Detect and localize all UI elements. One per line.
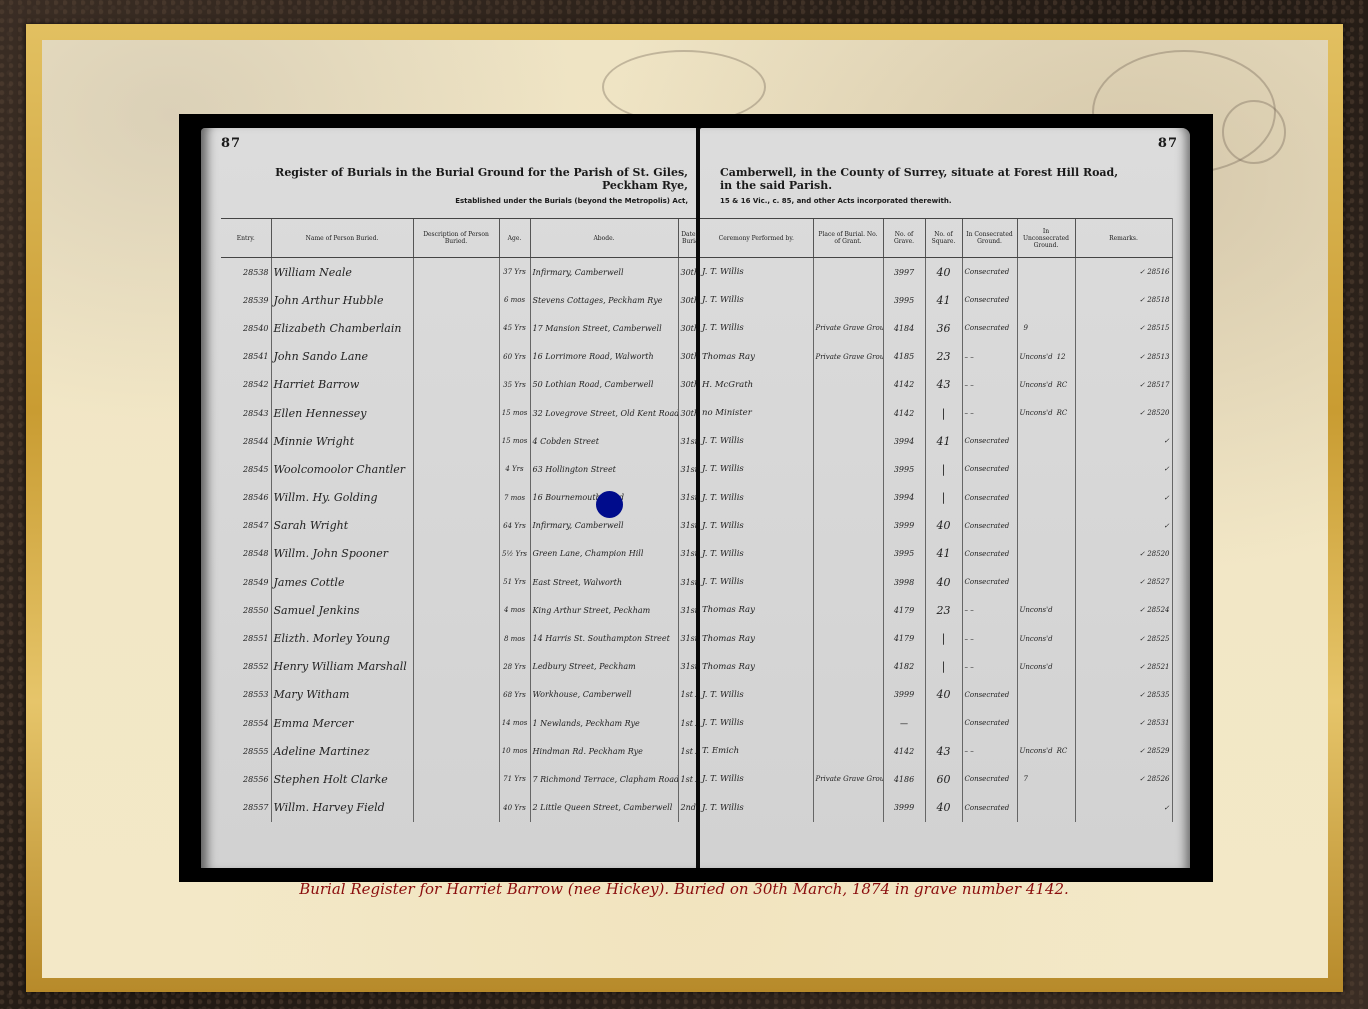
cell-ceremony: J. T. Willis — [700, 709, 813, 737]
cell-ceremony: J. T. Willis — [700, 455, 813, 483]
cell-entry: 28538 — [221, 258, 271, 287]
column-header: In Consecrated Ground. — [962, 219, 1017, 258]
cell-name: John Sando Lane — [271, 343, 413, 371]
cell-square: 40 — [925, 681, 962, 709]
cell-age: 40 Yrs — [499, 794, 530, 822]
cell-unconsecrated — [1017, 540, 1075, 568]
cell-consecrated: – – — [962, 343, 1017, 371]
cell-consecrated: Consecrated — [962, 681, 1017, 709]
cell-ceremony: no Minister — [700, 399, 813, 427]
cell-remarks: ✓ 28520 — [1075, 540, 1172, 568]
cell-age: 8 mos — [499, 624, 530, 652]
page-number-right: 87 — [1158, 136, 1178, 151]
unconsecrated-text: Uncons'd — [1020, 747, 1053, 755]
cell-grant — [813, 709, 883, 737]
title-line: in the said Parish. — [720, 179, 1160, 192]
cell-abode: 32 Lovegrove Street, Old Kent Road — [530, 399, 678, 427]
cell-unconsecrated — [1017, 681, 1075, 709]
denomination-note: RC — [1057, 747, 1068, 755]
cell-remarks: ✓ — [1075, 427, 1172, 455]
cell-name: Woolcomoolor Chantler — [271, 455, 413, 483]
cell-square: 40 — [925, 512, 962, 540]
table-row: J. T. Willis399840Consecrated✓ 28527 — [700, 568, 1172, 596]
cell-remarks: ✓ 28518 — [1075, 286, 1172, 314]
cell-square: 43 — [925, 737, 962, 765]
cell-square: 23 — [925, 343, 962, 371]
cell-consecrated: Consecrated — [962, 286, 1017, 314]
cell-square: | — [925, 484, 962, 512]
cell-remarks: ✓ 28531 — [1075, 709, 1172, 737]
column-header: No. of Grave. — [883, 219, 925, 258]
table-row: J. T. Willis399541Consecrated✓ 28518 — [700, 286, 1172, 314]
cell-description — [413, 540, 499, 568]
cell-unconsecrated — [1017, 258, 1075, 287]
unconsecrated-text: Uncons'd — [1020, 606, 1053, 614]
cell-description — [413, 737, 499, 765]
highlight-marker-dot — [596, 491, 623, 518]
cell-square: 40 — [925, 258, 962, 287]
cell-description — [413, 765, 499, 793]
table-row: 28538William Neale37 YrsInfirmary, Cambe… — [221, 258, 706, 287]
cell-description — [413, 596, 499, 624]
cell-grave: 4186 — [883, 765, 925, 793]
cell-description — [413, 624, 499, 652]
denomination-note: 9 — [1024, 324, 1028, 332]
table-row: 28539John Arthur Hubble6 mosStevens Cott… — [221, 286, 706, 314]
cell-unconsecrated — [1017, 568, 1075, 596]
table-row: 28555Adeline Martinez10 mosHindman Rd. P… — [221, 737, 706, 765]
cell-grant — [813, 737, 883, 765]
subtitle: Established under the Burials (beyond th… — [248, 195, 688, 208]
cell-unconsecrated — [1017, 427, 1075, 455]
cell-grave: 3994 — [883, 484, 925, 512]
register-title-right: Camberwell, in the County of Surrey, sit… — [720, 166, 1160, 208]
cell-grant — [813, 681, 883, 709]
cell-unconsecrated: Uncons'd — [1017, 653, 1075, 681]
cell-abode: 17 Mansion Street, Camberwell — [530, 314, 678, 342]
cell-grave: 4142 — [883, 737, 925, 765]
cell-name: Henry William Marshall — [271, 653, 413, 681]
cell-ceremony: Thomas Ray — [700, 596, 813, 624]
table-row: 28553Mary Witham68 YrsWorkhouse, Camberw… — [221, 681, 706, 709]
cell-remarks: ✓ 28515 — [1075, 314, 1172, 342]
cell-consecrated: – – — [962, 399, 1017, 427]
cell-entry: 28557 — [221, 794, 271, 822]
cell-ceremony: J. T. Willis — [700, 427, 813, 455]
cell-grave: 4142 — [883, 371, 925, 399]
table-row: J. T. Willis3995|Consecrated✓ — [700, 455, 1172, 483]
cell-abode: King Arthur Street, Peckham — [530, 596, 678, 624]
table-row: J. T. Willis399740Consecrated✓ 28516 — [700, 258, 1172, 287]
table-row: 28544Minnie Wright15 mos4 Cobden Street3… — [221, 427, 706, 455]
cell-square: 40 — [925, 794, 962, 822]
table-row: 28557Willm. Harvey Field40 Yrs2 Little Q… — [221, 794, 706, 822]
title-line: Camberwell, in the County of Surrey, sit… — [720, 166, 1160, 179]
cell-unconsecrated: Uncons'd — [1017, 624, 1075, 652]
cell-consecrated: Consecrated — [962, 709, 1017, 737]
cell-description — [413, 343, 499, 371]
decorative-swirl — [1222, 100, 1286, 164]
cell-unconsecrated — [1017, 455, 1075, 483]
cell-consecrated: Consecrated — [962, 258, 1017, 287]
cell-grave: 4182 — [883, 653, 925, 681]
cell-consecrated: Consecrated — [962, 512, 1017, 540]
cell-age: 35 Yrs — [499, 371, 530, 399]
cell-name: Elizth. Morley Young — [271, 624, 413, 652]
cell-grant — [813, 596, 883, 624]
cell-age: 15 mos — [499, 427, 530, 455]
cell-square: | — [925, 399, 962, 427]
cell-ceremony: J. T. Willis — [700, 512, 813, 540]
cell-grant — [813, 427, 883, 455]
cell-grant — [813, 286, 883, 314]
cell-name: Samuel Jenkins — [271, 596, 413, 624]
cell-grant — [813, 484, 883, 512]
cell-unconsecrated: Uncons'd12 — [1017, 343, 1075, 371]
cell-name: Emma Mercer — [271, 709, 413, 737]
cell-age: 4 Yrs — [499, 455, 530, 483]
cell-description — [413, 455, 499, 483]
cell-remarks: ✓ 28524 — [1075, 596, 1172, 624]
cell-grant — [813, 540, 883, 568]
cell-ceremony: H. McGrath — [700, 371, 813, 399]
table-row: 28548Willm. John Spooner5½ YrsGreen Lane… — [221, 540, 706, 568]
cell-remarks: ✓ — [1075, 794, 1172, 822]
denomination-note: RC — [1057, 409, 1068, 417]
cell-abode: East Street, Walworth — [530, 568, 678, 596]
cell-description — [413, 512, 499, 540]
cell-remarks: ✓ 28535 — [1075, 681, 1172, 709]
cell-grave: 4184 — [883, 314, 925, 342]
cell-ceremony: Thomas Ray — [700, 624, 813, 652]
cell-name: Minnie Wright — [271, 427, 413, 455]
table-row: 28540Elizabeth Chamberlain45 Yrs17 Mansi… — [221, 314, 706, 342]
cell-consecrated: Consecrated — [962, 765, 1017, 793]
cell-consecrated: – – — [962, 596, 1017, 624]
cell-entry: 28555 — [221, 737, 271, 765]
cell-description — [413, 653, 499, 681]
cell-name: James Cottle — [271, 568, 413, 596]
cell-unconsecrated: 9 — [1017, 314, 1075, 342]
cell-entry: 28550 — [221, 596, 271, 624]
table-row: 28551Elizth. Morley Young8 mos14 Harris … — [221, 624, 706, 652]
cell-consecrated: Consecrated — [962, 484, 1017, 512]
register-photo: 87 Register of Burials in the Burial Gro… — [179, 114, 1213, 882]
cell-square: 41 — [925, 427, 962, 455]
cell-unconsecrated — [1017, 512, 1075, 540]
cell-unconsecrated: Uncons'd — [1017, 596, 1075, 624]
register-table-right: Ceremony Performed by.Place of Burial. N… — [700, 218, 1173, 822]
column-header: Name of Person Buried. — [271, 219, 413, 258]
subtitle: 15 & 16 Vic., c. 85, and other Acts inco… — [720, 195, 1160, 208]
cell-entry: 28553 — [221, 681, 271, 709]
table-row: 28550Samuel Jenkins4 mosKing Arthur Stre… — [221, 596, 706, 624]
cell-grave: 3995 — [883, 540, 925, 568]
cell-remarks: ✓ — [1075, 484, 1172, 512]
cell-grave: 3999 — [883, 794, 925, 822]
cell-grant: Private Grave Ground 13 — [813, 343, 883, 371]
cell-remarks: ✓ 28526 — [1075, 765, 1172, 793]
cell-square: | — [925, 624, 962, 652]
cell-abode: 2 Little Queen Street, Camberwell — [530, 794, 678, 822]
cell-entry: 28546 — [221, 484, 271, 512]
column-header: Remarks. — [1075, 219, 1172, 258]
cell-grave: 4179 — [883, 624, 925, 652]
table-row: 28549James Cottle51 YrsEast Street, Walw… — [221, 568, 706, 596]
cell-age: 51 Yrs — [499, 568, 530, 596]
cell-square: 36 — [925, 314, 962, 342]
table-row: 28556Stephen Holt Clarke71 Yrs7 Richmond… — [221, 765, 706, 793]
table-row: J. T. Willis399541Consecrated✓ 28520 — [700, 540, 1172, 568]
cell-unconsecrated — [1017, 286, 1075, 314]
cell-entry: 28543 — [221, 399, 271, 427]
title-line: Register of Burials in the Burial Ground… — [248, 166, 688, 179]
cell-abode: 7 Richmond Terrace, Clapham Road — [530, 765, 678, 793]
cell-age: 4 mos — [499, 596, 530, 624]
table-row: J. T. Willis3994|Consecrated✓ — [700, 484, 1172, 512]
cell-remarks: ✓ — [1075, 455, 1172, 483]
cell-abode: 63 Hollington Street — [530, 455, 678, 483]
cell-entry: 28540 — [221, 314, 271, 342]
cell-square: 40 — [925, 568, 962, 596]
cell-grave: 3997 — [883, 258, 925, 287]
cell-grant — [813, 399, 883, 427]
table-row: J. T. WillisPrivate Grave Ground 1341843… — [700, 314, 1172, 342]
cell-name: Stephen Holt Clarke — [271, 765, 413, 793]
cell-age: 60 Yrs — [499, 343, 530, 371]
denomination-note: 7 — [1024, 775, 1028, 783]
table-row: 28541John Sando Lane60 Yrs16 Lorrimore R… — [221, 343, 706, 371]
cell-consecrated: Consecrated — [962, 568, 1017, 596]
cell-grave: 3995 — [883, 455, 925, 483]
cell-grave: 3999 — [883, 512, 925, 540]
cell-grave: 3995 — [883, 286, 925, 314]
column-header: Description of Person Buried. — [413, 219, 499, 258]
cell-consecrated: Consecrated — [962, 540, 1017, 568]
cell-ceremony: T. Emich — [700, 737, 813, 765]
cell-age: 6 mos — [499, 286, 530, 314]
table-row: H. McGrath414243– –Uncons'dRC✓ 28517 — [700, 371, 1172, 399]
cell-grant — [813, 512, 883, 540]
cell-age: 15 mos — [499, 399, 530, 427]
cell-remarks: ✓ 28529 — [1075, 737, 1172, 765]
cell-remarks: ✓ 28520 — [1075, 399, 1172, 427]
cell-grant — [813, 794, 883, 822]
unconsecrated-text: Uncons'd — [1020, 663, 1053, 671]
column-header: Abode. — [530, 219, 678, 258]
cell-name: William Neale — [271, 258, 413, 287]
cell-ceremony: J. T. Willis — [700, 314, 813, 342]
cell-square: | — [925, 455, 962, 483]
cell-ceremony: J. T. Willis — [700, 681, 813, 709]
cell-consecrated: – – — [962, 371, 1017, 399]
cell-abode: Infirmary, Camberwell — [530, 258, 678, 287]
cell-description — [413, 258, 499, 287]
cell-description — [413, 371, 499, 399]
page-number-left: 87 — [221, 136, 241, 151]
cell-grave: — — [883, 709, 925, 737]
cell-abode: Stevens Cottages, Peckham Rye — [530, 286, 678, 314]
cell-description — [413, 794, 499, 822]
cell-name: Sarah Wright — [271, 512, 413, 540]
cell-abode: 50 Lothian Road, Camberwell — [530, 371, 678, 399]
cell-remarks: ✓ 28513 — [1075, 343, 1172, 371]
title-line: Peckham Rye, — [248, 179, 688, 192]
cell-square — [925, 709, 962, 737]
table-row: J. T. WillisPrivate Grave Ground A418660… — [700, 765, 1172, 793]
column-header: Entry. — [221, 219, 271, 258]
table-row: Thomas RayPrivate Grave Ground 13418523–… — [700, 343, 1172, 371]
cell-unconsecrated — [1017, 709, 1075, 737]
cell-grant — [813, 624, 883, 652]
table-row: 28543Ellen Hennessey15 mos32 Lovegrove S… — [221, 399, 706, 427]
cell-age: 37 Yrs — [499, 258, 530, 287]
cell-entry: 28541 — [221, 343, 271, 371]
cell-description — [413, 709, 499, 737]
table-row: T. Emich414243– –Uncons'dRC✓ 28529 — [700, 737, 1172, 765]
cell-consecrated: – – — [962, 737, 1017, 765]
cell-unconsecrated: 7 — [1017, 765, 1075, 793]
table-row: no Minister4142|– –Uncons'dRC✓ 28520 — [700, 399, 1172, 427]
column-header: Place of Burial. No. of Grant. — [813, 219, 883, 258]
cell-remarks: ✓ 28516 — [1075, 258, 1172, 287]
cell-consecrated: Consecrated — [962, 314, 1017, 342]
table-row: Thomas Ray417923– –Uncons'd✓ 28524 — [700, 596, 1172, 624]
cell-abode: Ledbury Street, Peckham — [530, 653, 678, 681]
cell-square: 23 — [925, 596, 962, 624]
cell-abode: Workhouse, Camberwell — [530, 681, 678, 709]
cell-entry: 28552 — [221, 653, 271, 681]
cell-entry: 28547 — [221, 512, 271, 540]
unconsecrated-text: Uncons'd — [1020, 409, 1053, 417]
table-row: 28542Harriet Barrow35 Yrs50 Lothian Road… — [221, 371, 706, 399]
cell-description — [413, 427, 499, 455]
cell-entry: 28554 — [221, 709, 271, 737]
cell-ceremony: J. T. Willis — [700, 484, 813, 512]
caption: Burial Register for Harriet Barrow (nee … — [0, 880, 1368, 898]
cell-name: Willm. Harvey Field — [271, 794, 413, 822]
cell-description — [413, 399, 499, 427]
cell-age: 28 Yrs — [499, 653, 530, 681]
unconsecrated-text: Uncons'd — [1020, 635, 1053, 643]
cell-name: Adeline Martinez — [271, 737, 413, 765]
cell-remarks: ✓ 28527 — [1075, 568, 1172, 596]
denomination-note: RC — [1057, 381, 1068, 389]
cell-unconsecrated: Uncons'dRC — [1017, 737, 1075, 765]
cell-square: 60 — [925, 765, 962, 793]
cell-grant — [813, 653, 883, 681]
cell-grave: 3994 — [883, 427, 925, 455]
cell-ceremony: J. T. Willis — [700, 765, 813, 793]
cell-age: 71 Yrs — [499, 765, 530, 793]
cell-name: Willm. John Spooner — [271, 540, 413, 568]
cell-age: 14 mos — [499, 709, 530, 737]
table-row: J. T. Willis399940Consecrated✓ — [700, 512, 1172, 540]
cell-abode: 1 Newlands, Peckham Rye — [530, 709, 678, 737]
cell-age: 7 mos — [499, 484, 530, 512]
cell-grave: 4179 — [883, 596, 925, 624]
cell-square: | — [925, 653, 962, 681]
column-header: Ceremony Performed by. — [700, 219, 813, 258]
cell-unconsecrated — [1017, 484, 1075, 512]
cell-ceremony: Thomas Ray — [700, 343, 813, 371]
cell-consecrated: Consecrated — [962, 455, 1017, 483]
column-header: No. of Square. — [925, 219, 962, 258]
cell-remarks: ✓ — [1075, 512, 1172, 540]
cell-entry: 28549 — [221, 568, 271, 596]
cell-age: 5½ Yrs — [499, 540, 530, 568]
cell-ceremony: J. T. Willis — [700, 794, 813, 822]
cell-age: 45 Yrs — [499, 314, 530, 342]
cell-consecrated: Consecrated — [962, 794, 1017, 822]
left-page: 87 Register of Burials in the Burial Gro… — [201, 128, 698, 868]
cell-ceremony: J. T. Willis — [700, 258, 813, 287]
denomination-note: 12 — [1057, 353, 1066, 361]
cell-entry: 28542 — [221, 371, 271, 399]
cell-square: 41 — [925, 286, 962, 314]
unconsecrated-text: Uncons'd — [1020, 353, 1053, 361]
cell-age: 10 mos — [499, 737, 530, 765]
cell-entry: 28548 — [221, 540, 271, 568]
cell-consecrated: – – — [962, 624, 1017, 652]
register-title-left: Register of Burials in the Burial Ground… — [248, 166, 688, 208]
cell-age: 68 Yrs — [499, 681, 530, 709]
cell-remarks: ✓ 28521 — [1075, 653, 1172, 681]
cell-grave: 3998 — [883, 568, 925, 596]
table-row: 28545Woolcomoolor Chantler4 Yrs63 Hollin… — [221, 455, 706, 483]
cell-name: Mary Witham — [271, 681, 413, 709]
cell-square: 41 — [925, 540, 962, 568]
cell-unconsecrated — [1017, 794, 1075, 822]
cell-grant — [813, 455, 883, 483]
cell-abode: Hindman Rd. Peckham Rye — [530, 737, 678, 765]
table-row: 28546Willm. Hy. Golding7 mos16 Bournemou… — [221, 484, 706, 512]
cell-abode: Green Lane, Champion Hill — [530, 540, 678, 568]
cell-description — [413, 286, 499, 314]
cell-name: Willm. Hy. Golding — [271, 484, 413, 512]
cell-remarks: ✓ 28525 — [1075, 624, 1172, 652]
cell-remarks: ✓ 28517 — [1075, 371, 1172, 399]
cell-ceremony: J. T. Willis — [700, 540, 813, 568]
table-row: J. T. Willis399940Consecrated✓ — [700, 794, 1172, 822]
cell-consecrated: Consecrated — [962, 427, 1017, 455]
cell-name: Harriet Barrow — [271, 371, 413, 399]
column-header: In Unconsecrated Ground. — [1017, 219, 1075, 258]
table-row: Thomas Ray4179|– –Uncons'd✓ 28525 — [700, 624, 1172, 652]
cell-ceremony: Thomas Ray — [700, 653, 813, 681]
cell-grant — [813, 371, 883, 399]
column-header: Age. — [499, 219, 530, 258]
cell-entry: 28545 — [221, 455, 271, 483]
cell-name: John Arthur Hubble — [271, 286, 413, 314]
cell-ceremony: J. T. Willis — [700, 286, 813, 314]
cell-entry: 28539 — [221, 286, 271, 314]
table-row: 28547Sarah Wright64 YrsInfirmary, Camber… — [221, 512, 706, 540]
cell-name: Elizabeth Chamberlain — [271, 314, 413, 342]
table-row: 28554Emma Mercer14 mos1 Newlands, Peckha… — [221, 709, 706, 737]
right-page: 87 Camberwell, in the County of Surrey, … — [700, 128, 1190, 868]
table-row: 28552Henry William Marshall28 YrsLedbury… — [221, 653, 706, 681]
cell-description — [413, 681, 499, 709]
cell-description — [413, 568, 499, 596]
cell-ceremony: J. T. Willis — [700, 568, 813, 596]
cell-description — [413, 314, 499, 342]
cell-grave: 4185 — [883, 343, 925, 371]
table-row: J. T. Willis399441Consecrated✓ — [700, 427, 1172, 455]
cell-square: 43 — [925, 371, 962, 399]
table-row: J. T. Willis399940Consecrated✓ 28535 — [700, 681, 1172, 709]
cell-abode: 4 Cobden Street — [530, 427, 678, 455]
